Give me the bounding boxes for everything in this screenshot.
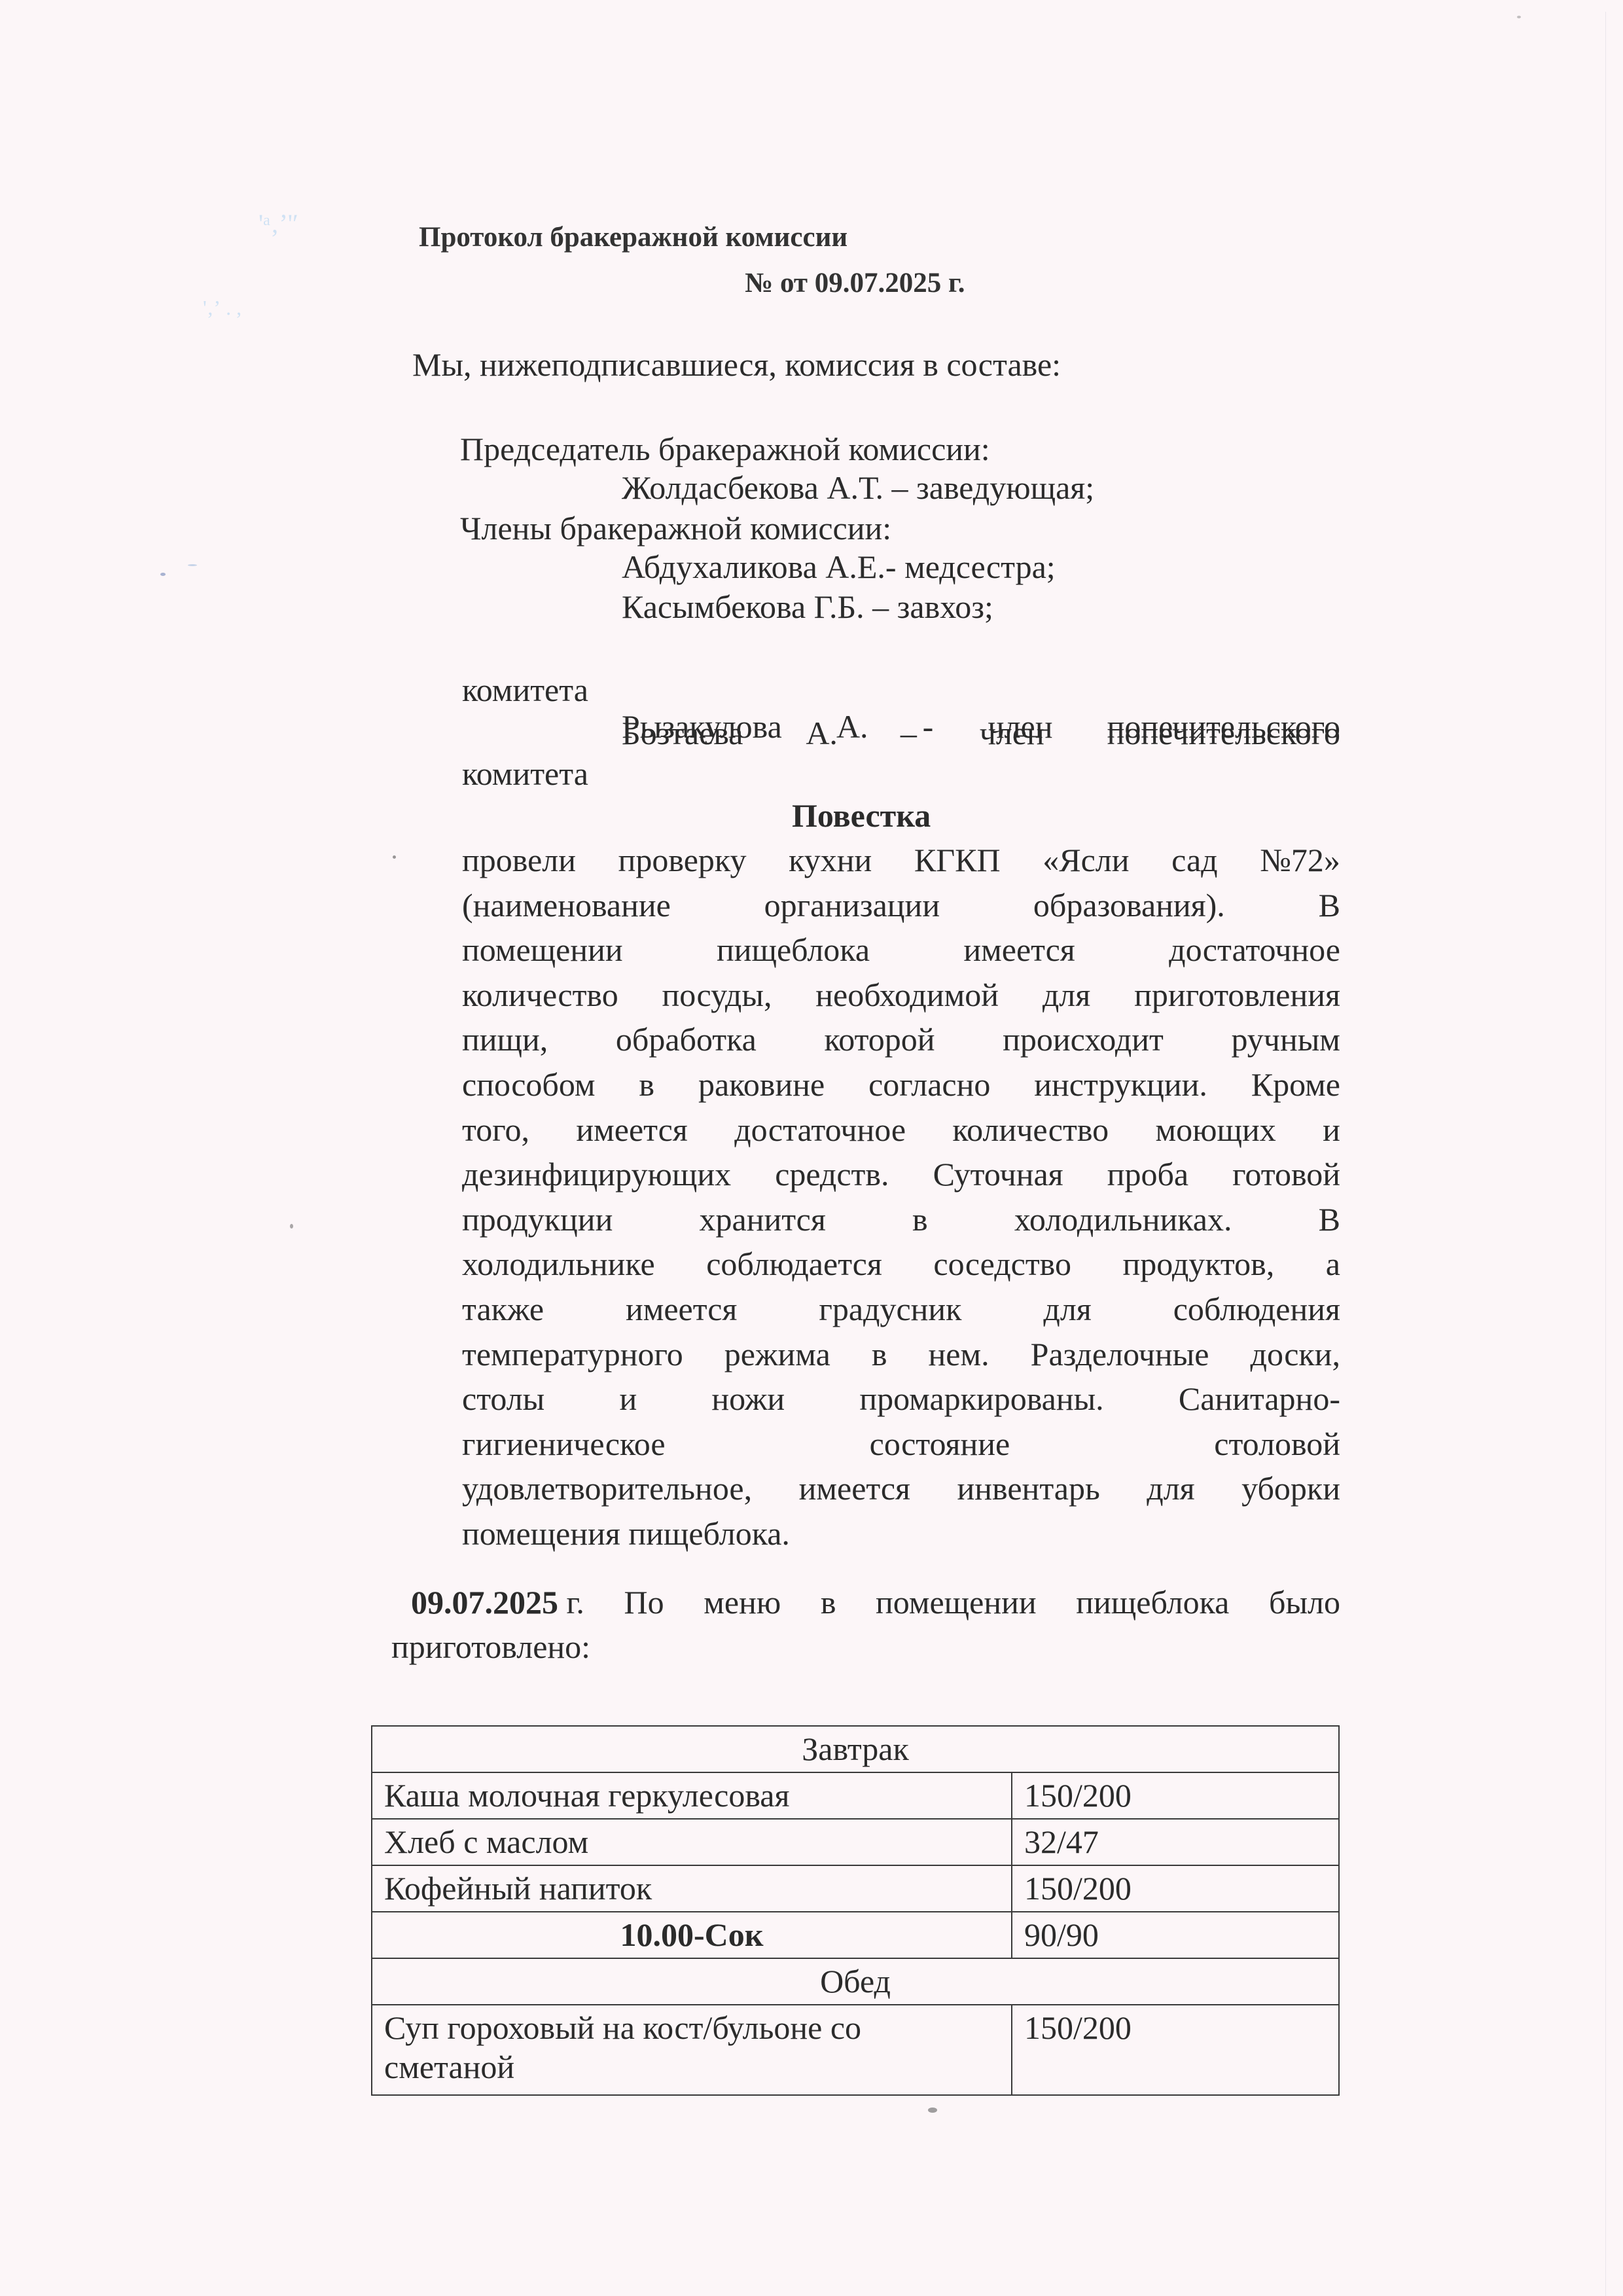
word: того, — [462, 1107, 529, 1153]
agenda-paragraph: провелипроверкукухниКГКП«Яслисад№72»(наи… — [462, 838, 1340, 1556]
word: КГКП — [914, 838, 1001, 883]
word: проверку — [618, 838, 747, 883]
dish-name: Каша молочная геркулесовая — [372, 1772, 1012, 1819]
chair-name: Жолдасбекова А.Т. – заведующая; — [622, 468, 1094, 507]
member-4-dash: – — [901, 713, 917, 753]
ink-speck — [188, 564, 197, 566]
word: имеется — [576, 1107, 687, 1153]
word: также — [462, 1287, 544, 1332]
word: сад — [1171, 838, 1217, 883]
menu-intro-line1: 09.07.2025 г.Поменювпомещениипищеблокабы… — [391, 1580, 1340, 1624]
word: посуды, — [662, 973, 772, 1018]
word: организации — [764, 883, 940, 928]
agenda-line: (наименованиеорганизацииобразования).В — [462, 883, 1340, 928]
word: №72» — [1260, 838, 1340, 883]
menu-item-row: Суп гороховый на кост/бульоне со сметано… — [372, 2005, 1339, 2095]
word: имеется — [963, 927, 1075, 973]
word: инструкции. — [1034, 1062, 1207, 1107]
portion-size: 32/47 — [1012, 1819, 1339, 1865]
word: градусник — [819, 1287, 961, 1332]
word: имеется — [799, 1466, 910, 1511]
menu-item-row: Кофейный напиток150/200 — [372, 1865, 1339, 1912]
word: ножи — [711, 1376, 785, 1422]
menu-item-row: Каша молочная геркулесовая150/200 — [372, 1772, 1339, 1819]
word: дезинфицирующих — [462, 1152, 731, 1197]
word: гигиеническое — [462, 1422, 666, 1467]
word: обработка — [616, 1017, 757, 1062]
ink-speck — [393, 855, 396, 859]
member-1: Абдухаликова А.Е.- медсестра; — [622, 547, 1056, 586]
word: хранится — [700, 1197, 826, 1242]
member-3-continuation: комитета — [462, 670, 588, 709]
ink-speck — [290, 1224, 293, 1229]
word: пищеблока — [717, 927, 870, 973]
menu-intro-line2: приготовлено: — [391, 1624, 1340, 1669]
member-4-role2: попечительского — [1107, 713, 1340, 753]
word: Разделочные — [1031, 1332, 1209, 1377]
word: (наименование — [462, 883, 671, 928]
word: образования). — [1033, 883, 1225, 928]
word: имеется — [626, 1287, 737, 1332]
dish-name: 10.00-Сок — [372, 1912, 1012, 1958]
word: По — [624, 1580, 664, 1624]
member-4: БозтаеваА.–членпопечительского — [622, 713, 1340, 753]
bleed-through-mark: 'ᵃ‚ʼ'ʹ — [259, 208, 298, 239]
word: для — [1043, 973, 1090, 1018]
chair-label: Председатель бракеражной комиссии: — [460, 429, 990, 469]
word: для — [1043, 1287, 1091, 1332]
menu-section-row: Обед — [372, 1958, 1339, 2005]
word: раковине — [698, 1062, 825, 1107]
agenda-line: способомвраковинесогласноинструкции.Кром… — [462, 1062, 1340, 1107]
word: кухни — [789, 838, 872, 883]
word: инвентарь — [957, 1466, 1100, 1511]
agenda-line: холодильникесоблюдаетсясоседствопродукто… — [462, 1242, 1340, 1287]
word: и — [1323, 1107, 1340, 1153]
word: Кроме — [1251, 1062, 1340, 1107]
member-4-name: Бозтаева — [622, 713, 743, 753]
word: уборки — [1241, 1466, 1340, 1511]
word: температурного — [462, 1332, 683, 1377]
agenda-line: температурногорежимавнем.Разделочныедоск… — [462, 1332, 1340, 1377]
ink-speck — [1517, 16, 1521, 18]
word: для — [1147, 1466, 1194, 1511]
menu-table: ЗавтракКаша молочная геркулесовая150/200… — [371, 1725, 1340, 2096]
agenda-line: того,имеетсядостаточноеколичествомоющихи — [462, 1107, 1340, 1153]
word: достаточное — [1169, 927, 1340, 973]
word: продукции — [462, 1197, 613, 1242]
word: продуктов, — [1123, 1242, 1275, 1287]
word: в — [639, 1062, 654, 1107]
dish-name: Кофейный напиток — [372, 1865, 1012, 1912]
word: помещении — [876, 1580, 1037, 1624]
member-4-role1: член — [980, 713, 1044, 753]
portion-size: 150/200 — [1012, 1865, 1339, 1912]
page-edge-shadow — [1605, 12, 1606, 2296]
word: количество — [462, 973, 618, 1018]
word: холодильниках. — [1014, 1197, 1232, 1242]
word: количество — [952, 1107, 1109, 1153]
intro-text: Мы, нижеподписавшиеся, комиссия в состав… — [412, 345, 1061, 384]
word: а — [1326, 1242, 1340, 1287]
word: которой — [824, 1017, 935, 1062]
agenda-line: гигиеническоесостояниестоловой — [462, 1422, 1340, 1467]
word: Санитарно- — [1179, 1376, 1340, 1422]
word: холодильнике — [462, 1242, 655, 1287]
word: «Ясли — [1043, 838, 1129, 883]
word: было — [1269, 1580, 1340, 1624]
word: способом — [462, 1062, 596, 1107]
agenda-line: помещениипищеблокаимеетсядостаточное — [462, 927, 1340, 973]
members-label: Члены бракеражной комиссии: — [460, 509, 891, 548]
word: происходит — [1003, 1017, 1164, 1062]
meal-section-label: Обед — [372, 1958, 1339, 2005]
member-4-initial: А. — [806, 713, 838, 753]
menu-date-bold: 09.07.2025 — [411, 1584, 558, 1621]
member-4-continuation: комитета — [462, 754, 588, 793]
word: столовой — [1214, 1422, 1340, 1467]
document-title: Протокол бракеражной комиссии — [419, 221, 847, 253]
word: ручным — [1231, 1017, 1340, 1062]
word: удовлетворительное, — [462, 1466, 752, 1511]
word: согласно — [868, 1062, 990, 1107]
word: нем. — [929, 1332, 990, 1377]
word: приготовления — [1134, 973, 1340, 1018]
word: режима — [724, 1332, 830, 1377]
word: пищеблока — [1076, 1580, 1229, 1624]
menu-section-row: Завтрак — [372, 1726, 1339, 1772]
menu-intro-date: 09.07.2025 г. — [411, 1580, 584, 1624]
document-number-date: № от 09.07.2025 г. — [745, 267, 965, 299]
portion-size: 90/90 — [1012, 1912, 1339, 1958]
word: состояние — [870, 1422, 1010, 1467]
agenda-line: дезинфицирующихсредств.Суточнаяпробагото… — [462, 1152, 1340, 1197]
word: доски, — [1251, 1332, 1340, 1377]
word: промаркированы. — [859, 1376, 1103, 1422]
word: в — [872, 1332, 887, 1377]
word: в — [912, 1197, 928, 1242]
word: помещении — [462, 927, 623, 973]
dish-name: Суп гороховый на кост/бульоне со сметано… — [372, 2005, 1012, 2095]
menu-item-row: Хлеб с маслом32/47 — [372, 1819, 1339, 1865]
agenda-heading: Повестка — [792, 796, 931, 835]
word: В — [1319, 883, 1340, 928]
member-2: Касымбекова Г.Б. – завхоз; — [622, 587, 993, 626]
word: и — [619, 1376, 637, 1422]
agenda-line: столыиножипромаркированы.Санитарно- — [462, 1376, 1340, 1422]
ink-speck — [160, 573, 166, 576]
word: достаточное — [734, 1107, 906, 1153]
word: в — [821, 1580, 836, 1624]
member-3: РызакуловаА.-членпопечительского — [622, 628, 1340, 785]
word: соседство — [933, 1242, 1071, 1287]
meal-section-label: Завтрак — [372, 1726, 1339, 1772]
word: необходимой — [815, 973, 999, 1018]
word: пищи, — [462, 1017, 548, 1062]
word: готовой — [1232, 1152, 1340, 1197]
menu-item-row: 10.00-Сок90/90 — [372, 1912, 1339, 1958]
agenda-line: удовлетворительное,имеетсяинвентарьдляуб… — [462, 1466, 1340, 1511]
agenda-line: такжеимеетсяградусникдлясоблюдения — [462, 1287, 1340, 1332]
menu-intro: 09.07.2025 г.Поменювпомещениипищеблокабы… — [391, 1580, 1340, 1669]
agenda-line: пищи,обработкакоторойпроисходитручным — [462, 1017, 1340, 1062]
agenda-line: продукциихранитсявхолодильниках.В — [462, 1197, 1340, 1242]
bleed-through-mark: '‚ʼ . , — [203, 296, 241, 320]
word: соблюдения — [1173, 1287, 1340, 1332]
agenda-line: провелипроверкукухниКГКП«Яслисад№72» — [462, 838, 1340, 883]
word: Суточная — [933, 1152, 1063, 1197]
word: провели — [462, 838, 576, 883]
word: меню — [704, 1580, 781, 1624]
agenda-line: количествопосуды,необходимойдляприготовл… — [462, 973, 1340, 1018]
dish-name: Хлеб с маслом — [372, 1819, 1012, 1865]
portion-size: 150/200 — [1012, 2005, 1339, 2095]
word: столы — [462, 1376, 544, 1422]
word: средств. — [775, 1152, 889, 1197]
word: В — [1319, 1197, 1340, 1242]
ink-speck — [928, 2108, 937, 2113]
word: проба — [1107, 1152, 1188, 1197]
agenda-line: помещения пищеблока. — [462, 1511, 1340, 1556]
portion-size: 150/200 — [1012, 1772, 1339, 1819]
word: моющих — [1156, 1107, 1276, 1153]
word: соблюдается — [706, 1242, 882, 1287]
